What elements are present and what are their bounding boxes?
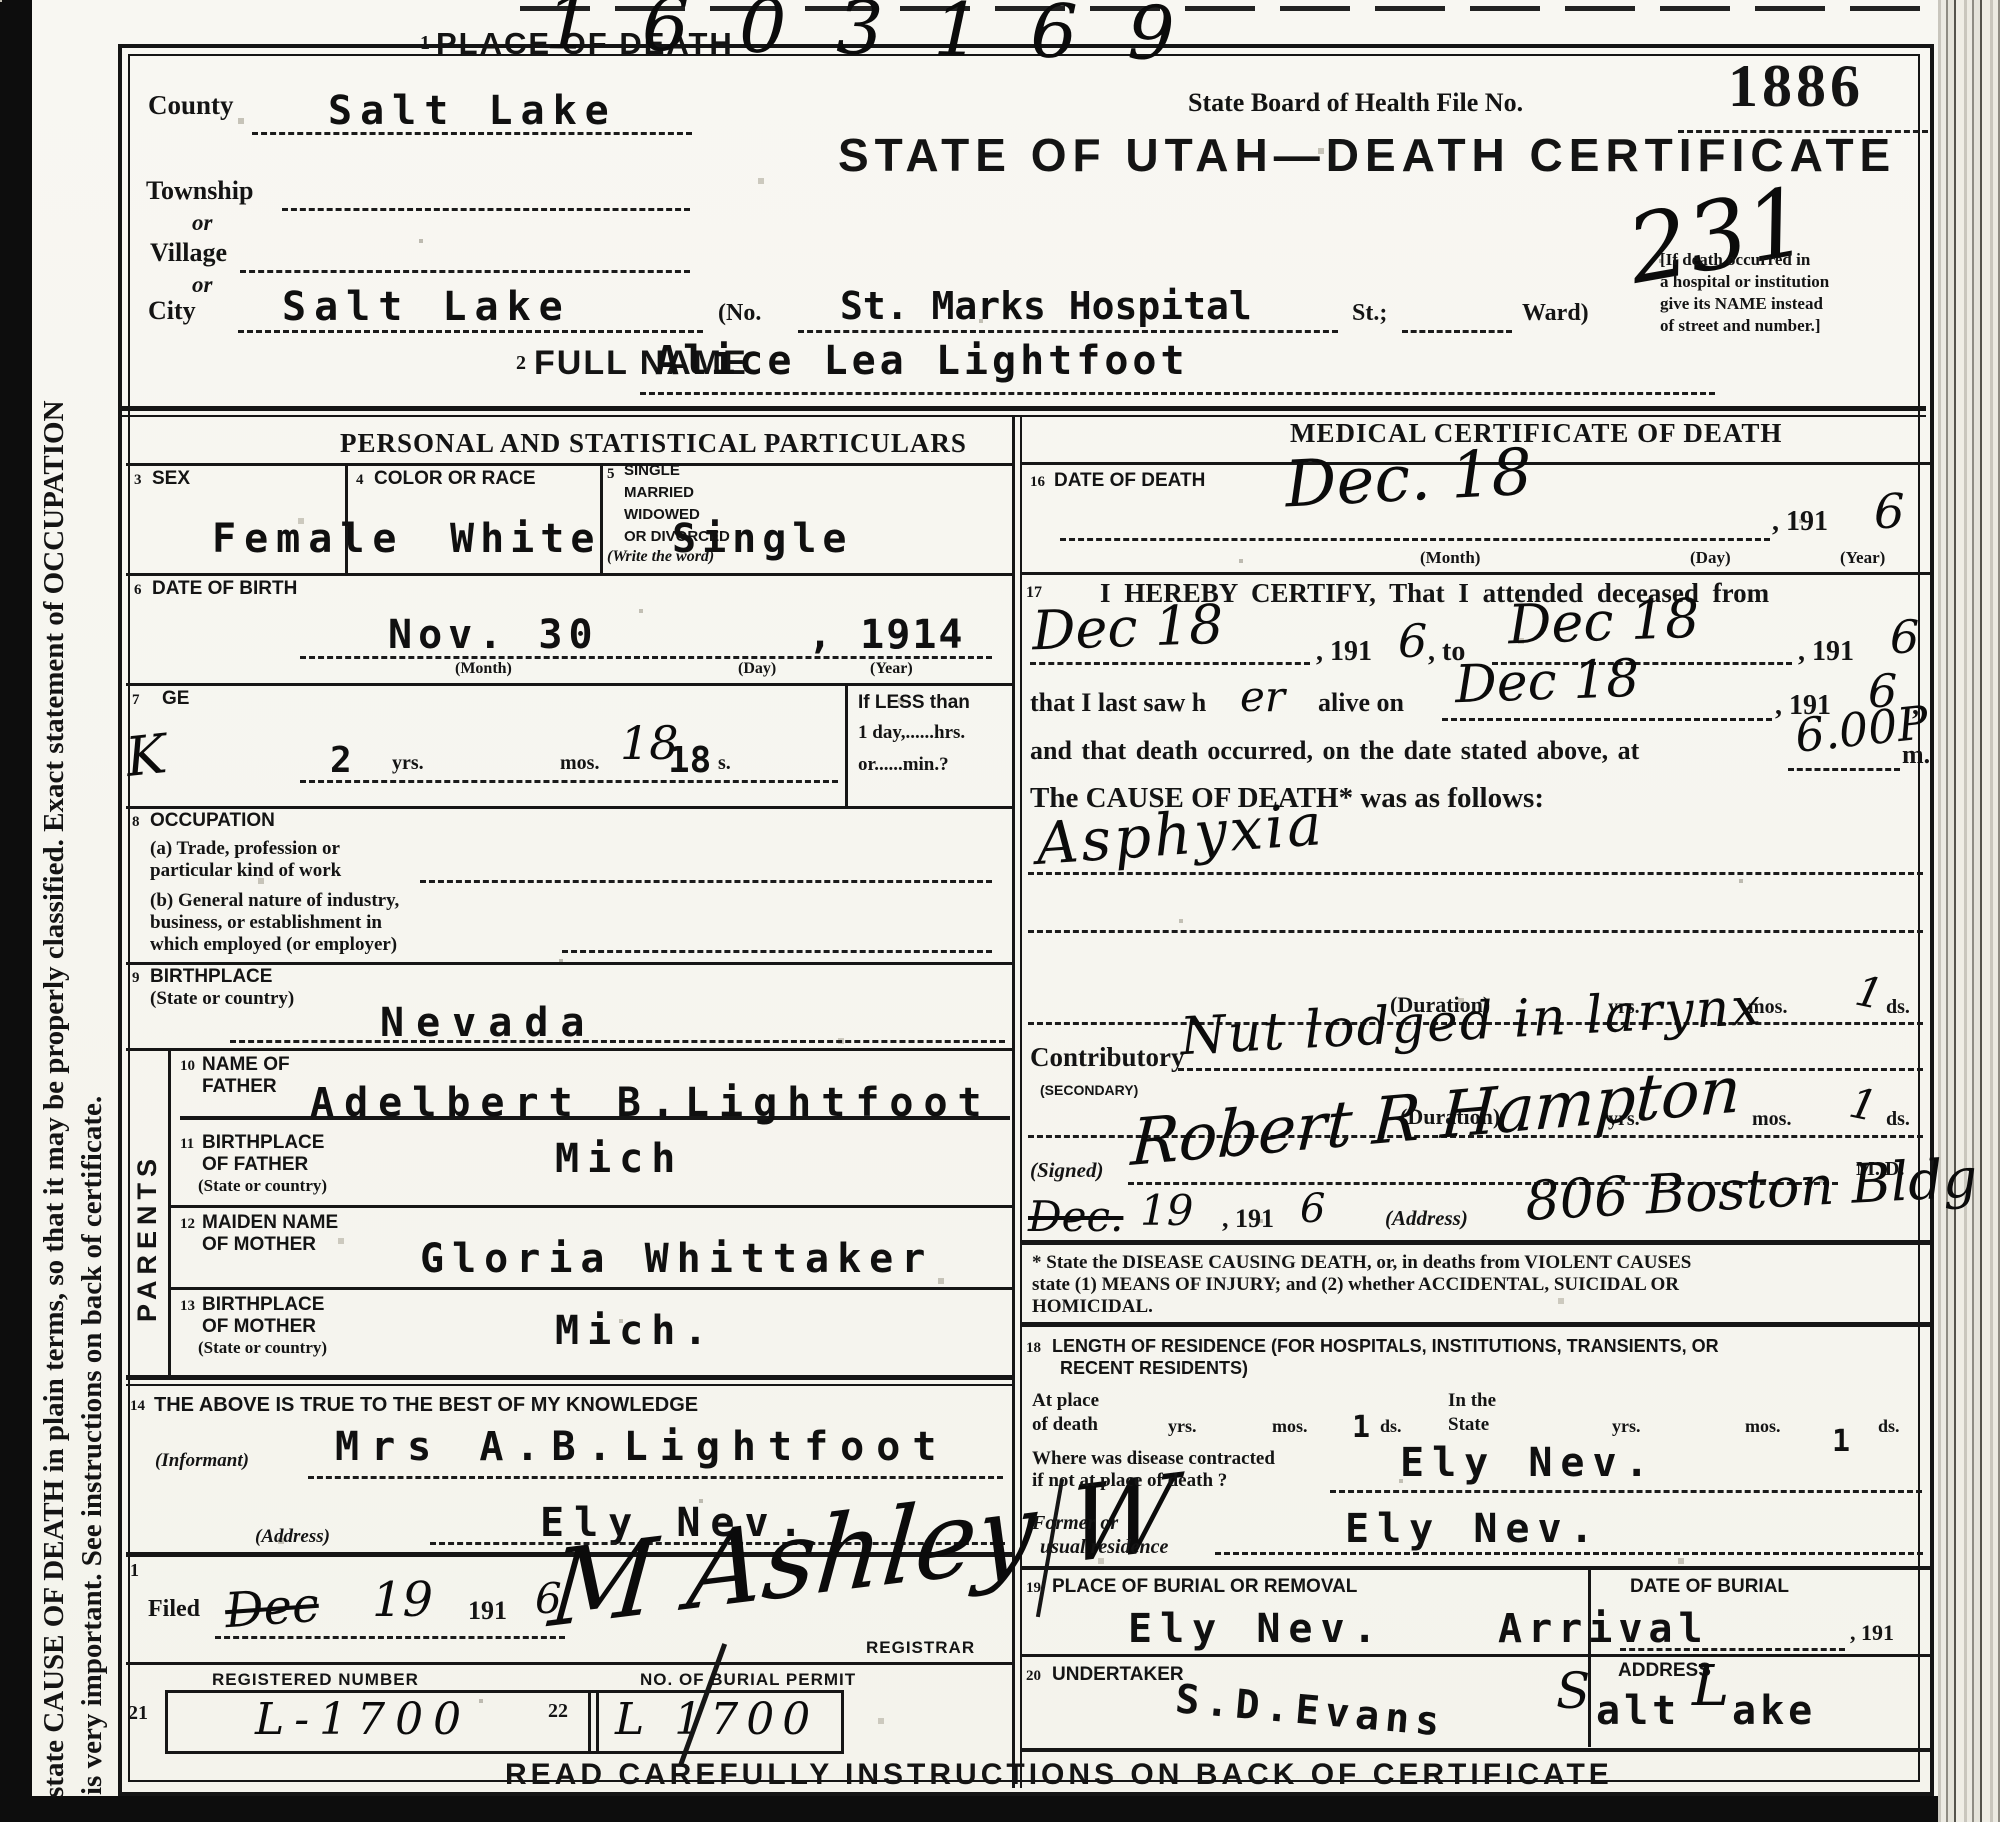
sign-date-year-hw: 6	[1300, 1186, 1325, 1232]
birthplace-sub-label: (State or country)	[150, 988, 294, 1010]
village-or: or	[192, 272, 212, 298]
dob-day-caption: (Day)	[738, 660, 776, 678]
header-separator-heavy	[118, 406, 1926, 411]
age-years-value: 2	[330, 740, 352, 781]
dod-month-caption: (Month)	[1420, 548, 1480, 568]
margin-instruction-line-1: state CAUSE OF DEATH in plain terms, so …	[38, 400, 71, 1798]
parents-inner-divider	[168, 1048, 171, 1378]
of-death-label: of death	[1032, 1414, 1098, 1436]
sign-date-month-hw: Dec.	[1028, 1192, 1123, 1241]
board-file-number: 1886	[1728, 52, 1864, 121]
row-rule-age	[126, 806, 1014, 809]
row-rule-dob	[126, 683, 1014, 686]
dob-month-caption: (Month)	[455, 660, 512, 678]
last-saw-date-handwritten: Dec 18	[1454, 649, 1640, 715]
parents-bottom-rule-heavy	[126, 1375, 1014, 1380]
village-line	[240, 270, 690, 273]
burial-date-label: DATE OF BURIAL	[1630, 1576, 1789, 1598]
attended-from-line	[1030, 662, 1310, 665]
age-days-value: 18	[668, 740, 711, 781]
sex-label: SEX	[152, 468, 190, 490]
occupation-b-line-1: (b) General nature of industry,	[150, 890, 399, 912]
contributory-label: Contributory	[1030, 1042, 1185, 1073]
at-place-label: At place	[1032, 1390, 1099, 1412]
dod-year-caption: (Year)	[1840, 548, 1885, 568]
birthplace-line	[230, 1040, 1005, 1043]
row-rule-dod	[1022, 572, 1930, 575]
occupation-a-line	[420, 880, 992, 883]
sex-value: Female	[212, 516, 405, 562]
knowledge-number: 14	[130, 1398, 145, 1415]
date-of-death-handwritten: Dec. 18	[1283, 436, 1534, 523]
registered-number-item: 21	[128, 1702, 148, 1725]
mother-birthplace-value: Mich.	[555, 1308, 715, 1354]
res-days-value: 1	[1352, 1410, 1370, 1445]
where-contracted-line	[1330, 1490, 1922, 1493]
race-marital-divider	[600, 463, 603, 573]
former-residence-value: Ely Nev.	[1345, 1506, 1602, 1552]
city-label: City	[148, 296, 196, 326]
place-of-death-number: 1	[420, 32, 430, 55]
age-less-line-1: If LESS than	[858, 692, 970, 714]
race-value: White	[450, 516, 600, 562]
race-label: COLOR OR RACE	[374, 468, 536, 490]
age-box-divider	[845, 683, 848, 806]
duration-1-ds: ds.	[1886, 996, 1910, 1019]
dob-value: Nov. 30	[388, 612, 599, 658]
in-the-label: In the	[1448, 1390, 1496, 1412]
left-scan-border	[0, 0, 32, 1822]
city-ward-label: Ward)	[1522, 300, 1589, 327]
age-handwritten-mark: K	[123, 722, 170, 789]
knowledge-label: THE ABOVE IS TRUE TO THE BEST OF MY KNOW…	[154, 1394, 698, 1417]
county-label: County	[148, 90, 234, 121]
date-of-death-number: 16	[1030, 474, 1045, 491]
row-rule-sex	[126, 573, 1014, 576]
burial-permit-value: L 1700	[615, 1694, 818, 1745]
certificate-title: STATE OF UTAH—DEATH CERTIFICATE	[838, 128, 1896, 182]
attended-from-year: , 191	[1316, 636, 1372, 668]
sex-number: 3	[134, 472, 142, 489]
where-contracted-value: Ely Nev.	[1400, 1440, 1657, 1486]
father-birthplace-number: 11	[180, 1136, 194, 1153]
residence-number: 18	[1026, 1340, 1041, 1357]
occupation-b-line-3: which employed (or employer)	[150, 934, 397, 956]
res-yrs2-label: yrs.	[1612, 1416, 1641, 1437]
birthplace-label: BIRTHPLACE	[150, 966, 272, 988]
res-mos2-label: mos.	[1745, 1416, 1781, 1437]
hospital-note-line-4: of street and number.]	[1660, 316, 1821, 336]
filed-label: Filed	[148, 1596, 200, 1623]
footnote-line-2: state (1) MEANS OF INJURY; and (2) wheth…	[1032, 1274, 1679, 1296]
sign-date-day-hw: 19	[1140, 1186, 1193, 1235]
fullname-line	[640, 392, 1715, 395]
hospital-note-line-2: a hospital or institution	[1660, 272, 1829, 292]
filed-year-printed: 191	[468, 1596, 507, 1626]
hospital-note-line-3: give its NAME instead	[1660, 294, 1823, 314]
informant-label: (Informant)	[155, 1450, 249, 1472]
signed-label: (Signed)	[1030, 1158, 1104, 1183]
footnote-line-1: * State the DISEASE CAUSING DEATH, or, i…	[1032, 1252, 1691, 1274]
occupation-label: OCCUPATION	[150, 810, 275, 832]
attended-to-year-hw: 6	[1890, 610, 1919, 664]
occupation-a-line-2: particular kind of work	[150, 860, 341, 882]
burial-date-line	[1620, 1648, 1845, 1651]
undertaker-label: UNDERTAKER	[1052, 1664, 1184, 1686]
duration-2-ds: ds.	[1886, 1108, 1910, 1131]
birthplace-number: 9	[132, 970, 140, 987]
parents-bottom-rule-thin	[126, 1384, 1014, 1386]
occupation-a-line-1: (a) Trade, profession or	[150, 838, 340, 860]
village-label: Village	[150, 238, 227, 268]
mother-birthplace-number: 13	[180, 1298, 195, 1315]
city-line	[238, 330, 703, 333]
former-residence-line	[1215, 1552, 1923, 1555]
row-rule-father-bp	[168, 1205, 1014, 1208]
father-name-label-2: FATHER	[202, 1076, 277, 1098]
father-birthplace-label-3: (State or country)	[198, 1176, 327, 1196]
father-name-label-1: NAME OF	[202, 1054, 290, 1076]
dob-year-value: , 1914	[808, 612, 965, 658]
death-time-line	[1788, 768, 1900, 771]
last-saw-line	[1442, 718, 1772, 721]
dod-day-caption: (Day)	[1690, 548, 1731, 568]
res-ds2-label: ds.	[1878, 1416, 1900, 1437]
registered-number-header: REGISTERED NUMBER	[212, 1670, 419, 1690]
res-mos-label: mos.	[1272, 1416, 1308, 1437]
informant-address-label: (Address)	[255, 1526, 330, 1548]
fullname-number: 2	[516, 352, 526, 375]
dob-number: 6	[134, 582, 142, 599]
registrar-label: REGISTRAR	[866, 1638, 975, 1658]
father-birthplace-label-1: BIRTHPLACE	[202, 1132, 324, 1154]
marital-line-1: SINGLE	[624, 462, 680, 479]
age-less-line-3: or......min.?	[858, 754, 949, 776]
city-st-line	[1402, 330, 1512, 333]
dob-year-caption: (Year)	[870, 660, 913, 678]
undertaker-address-hw-l: L	[1692, 1654, 1729, 1719]
father-name-number: 10	[180, 1058, 195, 1075]
father-name-value: Adelbert B.Lightfoot	[310, 1080, 992, 1126]
age-line	[300, 780, 838, 783]
burial-date-value: Arrival	[1498, 1606, 1709, 1652]
board-file-label: State Board of Health File No.	[1188, 88, 1523, 118]
row-rule-residence	[1022, 1566, 1930, 1570]
undertaker-number: 20	[1026, 1668, 1041, 1685]
age-mos-label: mos.	[560, 752, 599, 775]
hospital-value: St. Marks Hospital	[840, 284, 1252, 328]
left-section-title: PERSONAL AND STATISTICAL PARTICULARS	[340, 428, 967, 459]
row-rule-filed	[126, 1662, 1014, 1665]
date-of-death-year-handwritten: 6	[1874, 484, 1905, 540]
marital-line-2: MARRIED	[624, 484, 694, 501]
scan-noise	[0, 0, 2, 2]
footer-rule	[1022, 1748, 1930, 1752]
county-value: Salt Lake	[328, 88, 617, 134]
burial-permit-item: 22	[548, 1700, 568, 1723]
marital-value: Single	[672, 516, 853, 562]
burial-permit-header: NO. OF BURIAL PERMIT	[640, 1670, 856, 1690]
filed-day-handwritten: 19	[372, 1572, 433, 1628]
undertaker-address-typed-ake: ake	[1732, 1688, 1816, 1734]
hospital-line	[798, 330, 1338, 333]
registered-number-value: L-1700	[255, 1694, 471, 1745]
contributory-secondary-label: (SECONDARY)	[1040, 1082, 1138, 1098]
city-value: Salt Lake	[282, 284, 571, 330]
header-separator-thin	[118, 415, 1926, 417]
cause-line-1	[1028, 872, 1923, 875]
fullname-value: Alice Lea Lightfoot	[655, 338, 1189, 384]
row-rule-birthplace	[126, 1048, 1014, 1051]
footnote-top-rule	[1022, 1240, 1930, 1245]
township-or: or	[192, 210, 212, 236]
age-label: GE	[162, 688, 189, 710]
hospital-note-line-1: [If death occurred in	[1660, 250, 1810, 270]
cause-line-2	[1028, 930, 1923, 933]
residence-label-1: LENGTH OF RESIDENCE (FOR HOSPITALS, INST…	[1052, 1336, 1719, 1357]
death-certificate-scan: state CAUSE OF DEATH in plain terms, so …	[0, 0, 2000, 1822]
row-rule-burial	[1022, 1654, 1930, 1657]
occupation-b-line-2: business, or establishment in	[150, 912, 382, 934]
sign-date-year-printed: , 191	[1222, 1204, 1274, 1234]
mother-birthplace-label-1: BIRTHPLACE	[202, 1294, 324, 1316]
footnote-bottom-rule	[1022, 1322, 1930, 1327]
last-saw-pre: that I last saw h	[1030, 688, 1206, 718]
city-st-label: St.;	[1352, 300, 1387, 327]
age-ds-label: s.	[718, 752, 731, 775]
undertaker-address-hw-s: S	[1556, 1662, 1590, 1720]
mother-name-label-1: MAIDEN NAME	[202, 1212, 338, 1234]
dob-line	[300, 656, 992, 659]
attended-to-handwritten: Dec 18	[1507, 587, 1700, 657]
state-label: State	[1448, 1414, 1489, 1436]
age-less-line-2: 1 day,......hrs.	[858, 722, 965, 744]
file-stamp-handwritten: 1603169	[544, 0, 1225, 78]
bottom-scan-border	[0, 1796, 2000, 1822]
physician-address-label: (Address)	[1385, 1206, 1468, 1231]
marital-number: 5	[607, 466, 615, 483]
mother-birthplace-label-3: (State or country)	[198, 1338, 327, 1358]
informant-value: Mrs A.B.Lightfoot	[335, 1424, 948, 1470]
parents-vertical-label: PARENTS	[132, 1153, 163, 1322]
left-title-rule	[126, 463, 1014, 466]
burial-label: PLACE OF BURIAL OR REMOVAL	[1052, 1576, 1357, 1598]
dob-label: DATE OF BIRTH	[152, 578, 297, 600]
burial-date-year: , 191	[1850, 1620, 1894, 1646]
attended-from-year-hw: 6	[1398, 614, 1427, 668]
last-saw-mid: alive on	[1318, 688, 1404, 718]
father-birthplace-label-2: OF FATHER	[202, 1154, 308, 1176]
age-number: 7	[132, 692, 140, 709]
mother-name-value: Gloria Whittaker	[420, 1236, 933, 1282]
former-residence-label-1: Former or	[1032, 1512, 1118, 1535]
duration-2-mos: mos.	[1752, 1108, 1791, 1131]
attended-to-year: , 191	[1798, 636, 1854, 668]
death-occurred-line: and that death occurred, on the date sta…	[1030, 736, 1639, 766]
death-time-m: m.	[1902, 740, 1930, 770]
res-yrs-label: yrs.	[1168, 1416, 1197, 1437]
former-residence-label-2: usual residence	[1040, 1536, 1168, 1559]
county-line	[252, 132, 692, 135]
burial-number: 19	[1026, 1580, 1041, 1597]
res-days2-value: 1	[1832, 1424, 1850, 1459]
township-line	[282, 208, 690, 211]
footnote-line-3: HOMICIDAL.	[1032, 1296, 1153, 1318]
filed-month-handwritten: Dec	[223, 1577, 320, 1639]
filed-number: 1	[130, 1560, 139, 1581]
last-saw-er-handwritten: er	[1240, 672, 1285, 721]
res-ds-label: ds.	[1380, 1416, 1402, 1437]
occupation-b-line	[562, 950, 992, 953]
row-rule-mother-name	[168, 1287, 1014, 1290]
date-of-death-label: DATE OF DEATH	[1054, 470, 1205, 492]
where-contracted-label-1: Where was disease contracted	[1032, 1448, 1275, 1470]
race-number: 4	[356, 472, 364, 489]
burial-place-value: Ely Nev.	[1128, 1606, 1385, 1652]
mother-name-label-2: OF MOTHER	[202, 1234, 316, 1256]
row-rule-occupation	[126, 962, 1014, 965]
attended-from-handwritten: Dec 18	[1031, 593, 1224, 663]
township-label: Township	[146, 176, 253, 206]
date-of-death-line	[1060, 538, 1770, 541]
father-birthplace-value: Mich	[555, 1136, 683, 1182]
footer-instruction: READ CAREFULLY INSTRUCTIONS ON BACK OF C…	[505, 1758, 1613, 1792]
margin-instruction-line-2: is very important. See instructions on b…	[76, 1096, 109, 1795]
date-of-death-year-printed: , 191	[1772, 506, 1828, 538]
occupation-number: 8	[132, 814, 140, 831]
mother-birthplace-label-2: OF MOTHER	[202, 1316, 316, 1338]
informant-line	[308, 1476, 1003, 1479]
city-no-label: (No.	[718, 300, 761, 327]
mother-name-number: 12	[180, 1216, 195, 1233]
undertaker-address-typed-alt: alt	[1596, 1688, 1680, 1734]
residence-label-2: RECENT RESIDENTS)	[1060, 1358, 1248, 1379]
age-yrs-label: yrs.	[392, 752, 424, 775]
right-scan-artifact	[1938, 0, 2000, 1822]
filed-line	[215, 1636, 565, 1639]
